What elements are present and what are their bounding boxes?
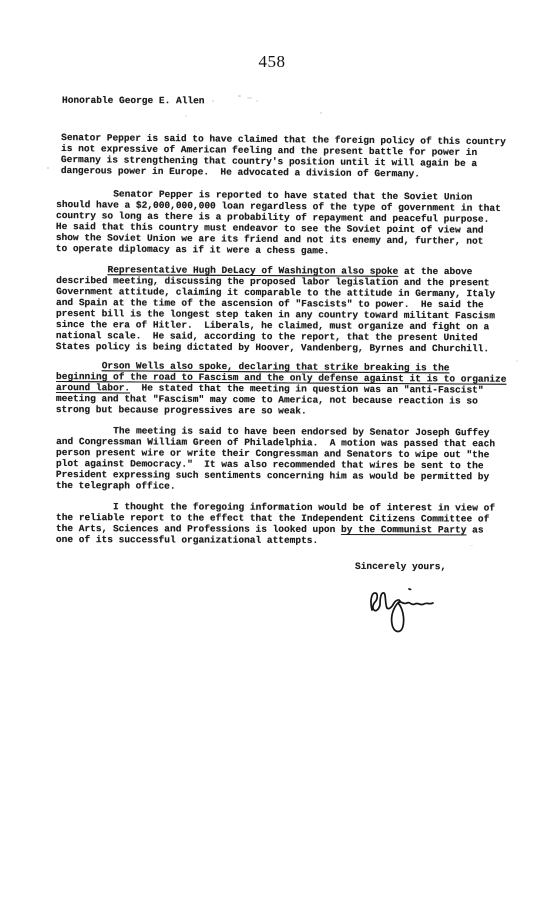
typed-text: to operate diplomacy as if it were a che…: [56, 243, 330, 256]
paragraph: I thought the foregoing information woul…: [56, 501, 528, 547]
scan-speck: [185, 115, 187, 117]
faint-underlined-text: by the Communist Party: [341, 524, 466, 535]
typed-line: one of its successful organizational att…: [56, 534, 528, 547]
typed-line: States policy is being dictated by Hoove…: [56, 341, 528, 354]
scan-speck: [47, 167, 49, 169]
scan-speck: [320, 112, 322, 114]
signature-icon: [366, 580, 454, 634]
typed-text: dangerous power in Europe. He advocated …: [61, 165, 420, 179]
underlined-text: around labor.: [56, 382, 130, 393]
scan-speck: [516, 360, 518, 362]
typed-text: [56, 264, 107, 275]
signature-scrawl: [366, 580, 454, 634]
typed-text: [56, 360, 102, 371]
typed-text: one of its successful organizational att…: [56, 534, 318, 546]
paragraph: Senator Pepper is reported to have state…: [56, 188, 529, 258]
typed-text: strong but because progressives are so w…: [56, 404, 307, 417]
typed-text: at the above: [398, 266, 472, 277]
closing-salutation: Sincerely yours,: [355, 561, 446, 572]
page-number: 458: [0, 52, 548, 72]
typed-text: States policy is being dictated by Hoove…: [56, 341, 489, 354]
paragraph: Senator Pepper is said to have claimed t…: [61, 132, 528, 180]
typed-text: the telegraph office.: [56, 480, 176, 492]
recipient-line: Honorable George E. Allen: [62, 95, 205, 107]
scan-speck: [238, 95, 241, 97]
scan-speck: [256, 100, 258, 102]
scan-speck: [470, 545, 473, 546]
scan-smudge: [247, 97, 252, 99]
document-page: 458 Honorable George E. Allen Senator Pe…: [0, 0, 552, 901]
paragraph: Representative Hugh DeLacy of Washington…: [56, 264, 528, 354]
typed-text: as: [466, 524, 483, 535]
scan-speck: [212, 100, 214, 102]
letter-body: Senator Pepper is said to have claimed t…: [56, 132, 528, 545]
paragraph: Orson Wells also spoke, declaring that s…: [56, 360, 528, 418]
paragraph: The meeting is said to have been endorse…: [56, 425, 528, 493]
